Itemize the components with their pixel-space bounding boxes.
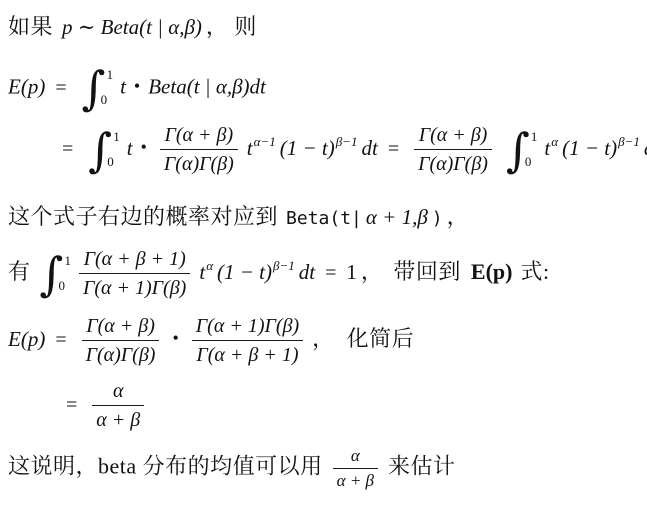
equals-sign: = <box>66 394 77 416</box>
chinese-text: 如果 <box>8 14 53 39</box>
chinese-text: ， <box>361 259 384 284</box>
numerator: Γ(α + β + 1) <box>79 247 190 274</box>
superscript: α <box>206 258 213 273</box>
numerator: Γ(α + β) <box>414 123 492 150</box>
equals-sign: = <box>325 262 336 284</box>
fraction: Γ(α + β) Γ(α)Γ(β) <box>414 123 492 176</box>
superscript: β−1 <box>273 258 295 273</box>
denominator: Γ(α)Γ(β) <box>82 341 160 367</box>
chinese-text: 化简后 <box>347 326 415 351</box>
fraction: Γ(α + β) Γ(α)Γ(β) <box>82 314 160 367</box>
math-expression: α + 1,β <box>366 205 428 229</box>
mono-beta-text: Beta(t| <box>286 208 362 229</box>
integral-lower-limit: 0 <box>58 279 71 292</box>
math-token: t <box>247 136 253 160</box>
math-token: dt <box>361 136 377 160</box>
integral: ∫ 1 0 <box>82 65 113 111</box>
math-token: Beta(t | α,β)dt <box>148 75 266 99</box>
intro-line: 如果 p ∼ Beta(t | α,β) ， 则 <box>8 10 643 41</box>
integral: ∫ 1 0 <box>88 127 119 173</box>
math-token: t <box>127 136 133 160</box>
chinese-text: ， 则 <box>206 14 257 39</box>
denominator: Γ(α)Γ(β) <box>414 150 492 176</box>
equals-sign: = <box>55 77 66 99</box>
denominator: α + β <box>333 469 378 491</box>
chinese-text: 这个式子右边的概率对应到 <box>8 204 278 229</box>
numerator: Γ(α + β) <box>160 123 238 150</box>
math-token: 1 <box>346 260 357 284</box>
mono-paren: ) <box>432 208 443 229</box>
numerator: α <box>92 379 144 406</box>
math-lhs: E(p) <box>8 327 45 351</box>
math-lhs: E(p) <box>8 75 45 99</box>
equals-sign: = <box>55 329 66 351</box>
numerator: α <box>333 446 378 469</box>
numerator: Γ(α + β) <box>82 314 160 341</box>
integral: ∫ 1 0 <box>40 251 71 297</box>
conclusion-line: 这说明，beta 分布的均值可以用 α α + β 来估计 <box>8 448 643 492</box>
superscript: β−1 <box>618 134 640 149</box>
math-token: (1 − t) <box>280 136 335 160</box>
math-expression: p ∼ Beta(t | α,β) <box>62 15 202 39</box>
integral: ∫ 1 0 <box>506 127 537 173</box>
fraction: Γ(α + β + 1) Γ(α + 1)Γ(β) <box>79 247 190 300</box>
formula-substitution: E(p) = Γ(α + β) Γ(α)Γ(β) • Γ(α + 1)Γ(β) … <box>8 316 643 369</box>
chinese-text: 这说明，beta 分布的均值可以用 <box>8 454 323 479</box>
math-token: dt <box>299 260 315 284</box>
integral-lower-limit: 0 <box>525 155 538 168</box>
chinese-text: 有 <box>8 259 31 284</box>
math-token: (1 − t) <box>217 260 272 284</box>
superscript: α−1 <box>254 134 276 149</box>
formula-simplified: = α α + β <box>60 381 643 434</box>
math-token: (1 − t) <box>562 136 617 160</box>
superscript: α <box>551 134 558 149</box>
fraction: α α + β <box>92 379 144 432</box>
denominator: Γ(α)Γ(β) <box>160 150 238 176</box>
denominator: Γ(α + β + 1) <box>192 341 303 367</box>
explanation-line: 这个式子右边的概率对应到 Beta(t| α + 1,β ) ， <box>8 200 643 231</box>
equals-sign: = <box>62 138 73 160</box>
formula-ep-definition: E(p) = ∫ 1 0 t • Beta(t | α,β)dt <box>8 67 643 113</box>
math-token: t <box>199 260 205 284</box>
equals-sign: = <box>388 138 399 160</box>
fraction: Γ(α + 1)Γ(β) Γ(α + β + 1) <box>192 314 303 367</box>
fraction: Γ(α + β) Γ(α)Γ(β) <box>160 123 238 176</box>
document-page: 如果 p ∼ Beta(t | α,β) ， 则 E(p) = ∫ 1 0 t … <box>0 0 647 492</box>
ep-label: E(p) <box>471 259 513 284</box>
fraction: α α + β <box>333 446 378 490</box>
denominator: α + β <box>92 406 144 432</box>
superscript: β−1 <box>336 134 358 149</box>
math-token: t <box>544 136 550 160</box>
chinese-text: ， <box>312 326 335 351</box>
bullet-operator-icon: • <box>134 76 140 96</box>
chinese-text: ， <box>447 204 470 229</box>
integral-upper-limit: 1 <box>531 130 538 143</box>
chinese-text: 来估计 <box>388 454 456 479</box>
integral-upper-limit: 1 <box>107 68 114 81</box>
numerator: Γ(α + 1)Γ(β) <box>192 314 303 341</box>
integral-lower-limit: 0 <box>107 155 120 168</box>
integral-upper-limit: 1 <box>113 130 120 143</box>
formula-ep-expanded: = ∫ 1 0 t • Γ(α + β) Γ(α)Γ(β) tα−1 (1 − … <box>56 125 643 178</box>
denominator: Γ(α + 1)Γ(β) <box>79 274 190 300</box>
chinese-text: 式: <box>520 259 549 284</box>
bullet-operator-icon: • <box>141 137 147 157</box>
bullet-operator-icon: • <box>172 328 178 348</box>
integral-upper-limit: 1 <box>64 254 71 267</box>
formula-normalization: 有 ∫ 1 0 Γ(α + β + 1) Γ(α + 1)Γ(β) tα (1 … <box>8 249 643 302</box>
integral-lower-limit: 0 <box>101 93 114 106</box>
math-token: t <box>120 75 126 99</box>
chinese-text: 带回到 <box>393 259 461 284</box>
